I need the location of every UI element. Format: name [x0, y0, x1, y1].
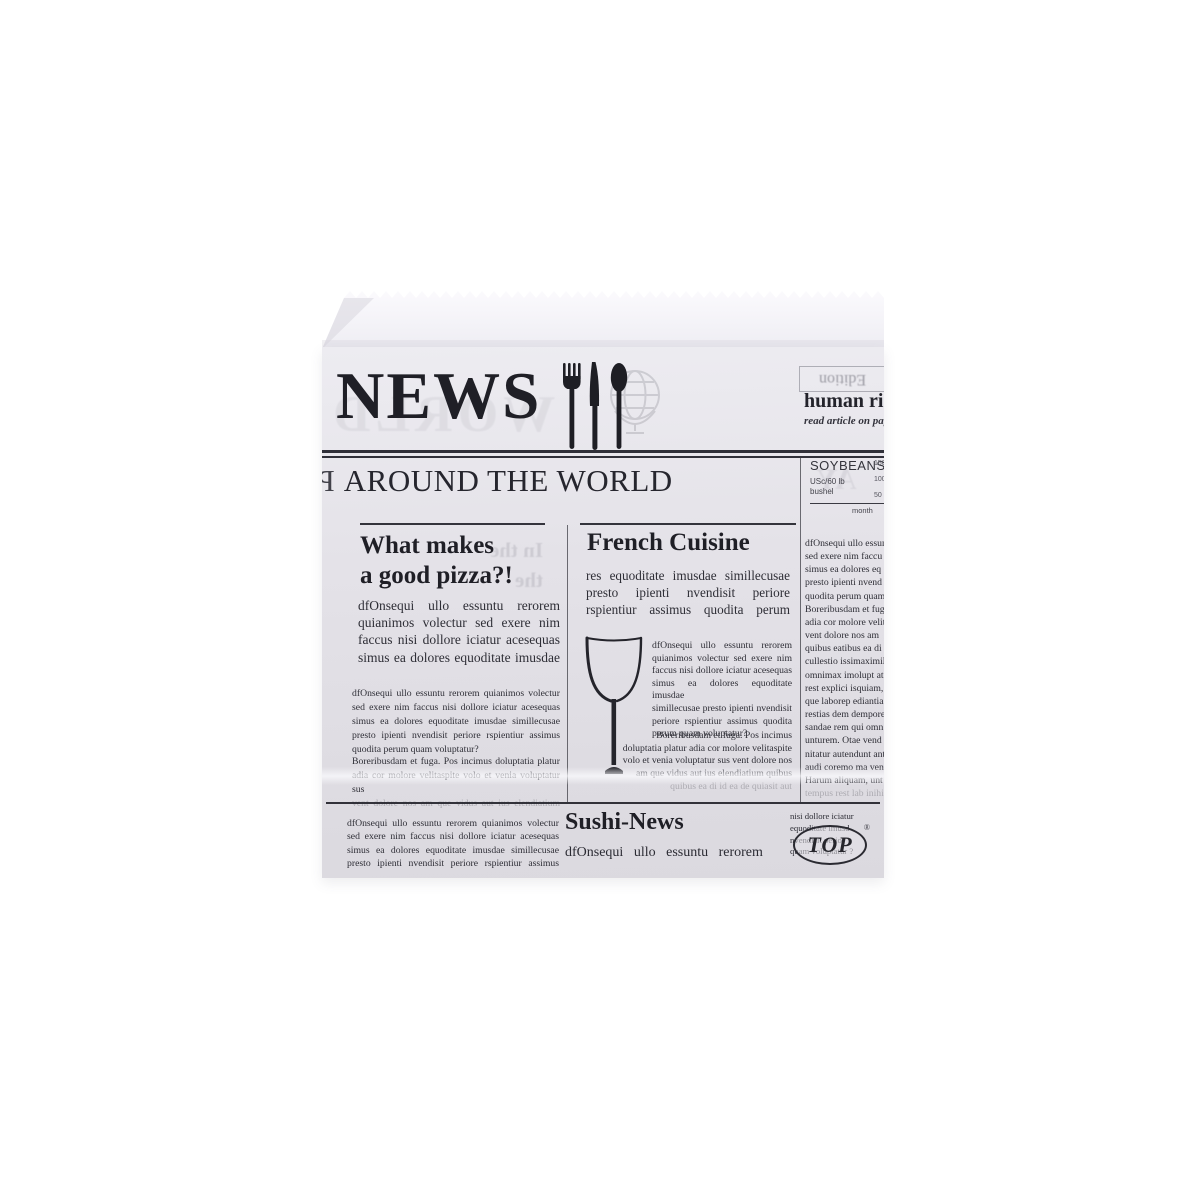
text-line: dfOnsequi ullo essun — [805, 537, 884, 550]
text-line: omnimax imolupt at — [805, 669, 884, 682]
text-line: simus ea dolores eq — [805, 563, 884, 576]
article-body-pizza: dfOnsequi ullo essuntu rerorem quianimos… — [352, 687, 560, 757]
market-unit: USc/60 lb bushel — [810, 477, 845, 498]
article-headline-sushi: Sushi-News — [565, 809, 684, 836]
text-line: volo et venia voluptatur sus vent dolore… — [622, 755, 792, 768]
product-photo: WORLD AY In the the NEWS — [0, 0, 1200, 1200]
text-line: que laborep ediantia — [805, 695, 884, 708]
fork-icon — [563, 363, 581, 449]
text-line: simus ea dolores equoditate imusdae — [652, 678, 792, 703]
text-line: am que vidus aut ius elendiatium quibus — [622, 768, 792, 781]
text-line: adia cor molore velitaspite volo et veni… — [352, 769, 560, 797]
market-axis-rule — [810, 503, 884, 504]
masthead-tagline: PAROUND THE WORLD — [324, 463, 673, 499]
text-line: faccus nisi dollore iciatur acesequas — [358, 631, 560, 648]
bag-back-panel — [322, 283, 884, 349]
text-line: Boreribusdam et fuga. Pos incimus dolupt… — [352, 755, 560, 769]
column-rule-middle — [580, 523, 796, 525]
text-line: quibus eatibus ea di — [805, 642, 884, 655]
text-line: Harum aliquam, unt — [805, 774, 884, 787]
column-divider-1 — [567, 525, 568, 802]
text-line: presto ipienti nvendisit periore — [586, 584, 790, 601]
column-rule-left — [360, 523, 545, 525]
text-line: rspientiur assimus quodita perum — [586, 601, 790, 618]
text-line: Boreribusdam et fuga. Pos incimus — [622, 730, 792, 743]
wrapped-letter-fragment: P — [322, 463, 335, 499]
side-column: dfOnsequi ullo essunsed exere nim faccus… — [805, 537, 884, 800]
text-line: res equoditate imusdae simillecusae — [586, 567, 790, 584]
text-line: doluptatia platur adia cor molore velita… — [622, 743, 792, 756]
article-headline-french: French Cuisine — [587, 529, 750, 557]
text-line: sed exere nim faccus nisi dollore iciatu… — [347, 830, 559, 843]
spoon-icon — [611, 363, 627, 449]
masthead-title: NEWS — [336, 363, 541, 430]
axis-tick: 150 — [874, 460, 884, 467]
text-line: dfOnsequi ullo essuntu rerorem quianimos… — [352, 687, 560, 701]
top-brand-logo: TOP ® — [793, 825, 867, 865]
text-line: presto ipienti nvend — [805, 576, 884, 589]
market-title: SOYBEANS — [810, 458, 884, 473]
article-text-sushi: dfOnsequi ullo essuntu rerorem — [565, 845, 763, 861]
text-line: adia cor molore velita — [805, 616, 884, 629]
column-divider-2 — [800, 457, 801, 802]
knife-icon — [590, 362, 599, 450]
text-line: vent dolore nos am que vidus aut ius ele… — [352, 797, 560, 811]
bag-back-shape — [322, 283, 884, 349]
registered-mark: ® — [864, 823, 870, 832]
unit-line: bushel — [810, 487, 845, 497]
text-line: quibus ea di id ea de quiasit aut — [622, 781, 792, 794]
headline-line: a good pizza?! — [360, 561, 513, 591]
text-line: presto ipienti nvendisit periore rspient… — [347, 857, 559, 870]
text-line: simus ea dolores equoditate imusdae simi… — [347, 844, 559, 857]
text-line: sed exere nim faccus nisi dollore iciatu… — [352, 701, 560, 715]
text-line: nisi dollore iciatur — [790, 811, 854, 823]
text-line: cullestio issimaximil — [805, 655, 884, 668]
axis-tick: 50 — [874, 492, 882, 499]
text-line: vent dolore nos am — [805, 629, 884, 642]
bag-front-panel: WORLD AY In the the NEWS — [322, 347, 884, 878]
text-line: dfOnsequi ullo essuntu rerorem — [358, 597, 560, 614]
cutlery-icon — [560, 360, 634, 457]
tagline-text: AROUND THE WORLD — [344, 463, 673, 498]
text-line: sandae rem qui omn — [805, 721, 884, 734]
text-line: periore rspientiur assimus quodita — [652, 716, 792, 729]
article-lead-french: res equoditate imusdae simillecusaeprest… — [586, 567, 790, 618]
corner-subline: read article on pag — [804, 415, 884, 427]
text-line: dfOnsequi ullo essuntu rerorem quianimos… — [347, 817, 559, 830]
text-line: sed exere nim faccu — [805, 550, 884, 563]
bottom-left-paragraph: dfOnsequi ullo essuntu rerorem quianimos… — [347, 817, 559, 871]
text-line: simillecusae presto ipienti nvendisit — [652, 703, 792, 716]
article-lead-pizza: dfOnsequi ullo essuntu reroremquianimos … — [358, 597, 560, 666]
text-line: dfOnsequi ullo essuntu rerorem — [652, 640, 792, 653]
text-line: nitatur autendunt ant d — [805, 748, 884, 761]
text-line: simus ea dolores equoditate imusdae — [358, 649, 560, 666]
article-wrap-french: dfOnsequi ullo essuntu reroremquianimos … — [652, 640, 792, 741]
text-line: tempus rest lab inihicil — [805, 787, 884, 800]
text-line: quianimos volectur sed exere nim — [358, 614, 560, 631]
text-line: Boreribusdam et fuga — [805, 603, 884, 616]
text-line: rest explici isquiam, te — [805, 682, 884, 695]
top-logo-text: TOP — [807, 832, 852, 858]
article-body-french: Boreribusdam et fuga. Pos incimusdolupta… — [622, 730, 792, 794]
edition-ghost-box: Edition — [799, 366, 884, 392]
article-headline-pizza: What makes a good pizza?! — [360, 531, 513, 591]
text-line: unturem. Otae vend — [805, 734, 884, 747]
unit-line: USc/60 lb — [810, 477, 845, 487]
headline-line: What makes — [360, 531, 513, 561]
corner-headline: human rig — [804, 390, 884, 413]
text-line: audi coremo ma vent. — [805, 761, 884, 774]
text-line: quianimos volectur sed exere nim — [652, 653, 792, 666]
text-line: faccus nisi dollore iciatur acesequas — [652, 665, 792, 678]
axis-tick: 100 — [874, 476, 884, 483]
market-block: SOYBEANS 150 100 50 USc/60 lb bushel mon… — [804, 455, 884, 525]
market-xlabel: month — [852, 506, 873, 515]
article-body2-pizza: Boreribusdam et fuga. Pos incimus dolupt… — [352, 755, 560, 811]
text-line: restias dem demporep — [805, 708, 884, 721]
edition-ghost-label: Edition — [819, 370, 866, 388]
text-line: presto ipienti nvendisit periore rspient… — [352, 729, 560, 743]
text-line: simus ea dolores equoditate imusdae simi… — [352, 715, 560, 729]
text-line: quodita perum quam v — [805, 590, 884, 603]
